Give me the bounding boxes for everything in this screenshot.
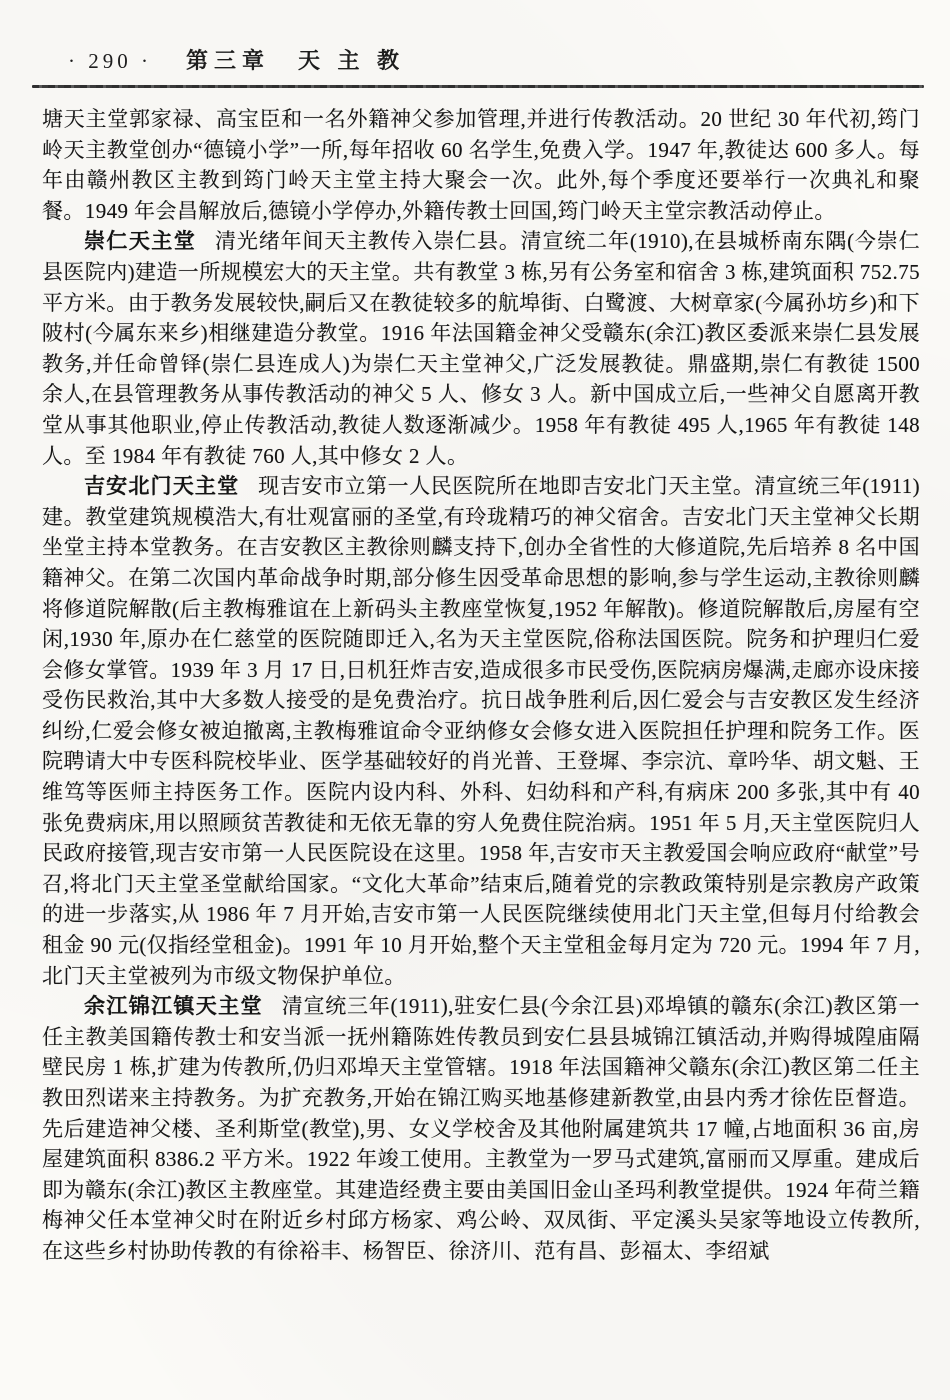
paragraph-lead: 余江锦江镇天主堂 (84, 994, 263, 1018)
page-header: · 290 · 第三章 天 主 教 (42, 44, 920, 75)
paragraph-lead: 崇仁天主堂 (84, 229, 196, 253)
paragraph-text: 清宣统三年(1911),驻安仁县(今余江县)邓埠镇的赣东(余江)教区第一任主教美… (42, 994, 920, 1263)
paragraph-yujiang-jinjiang-church: 余江锦江镇天主堂清宣统三年(1911),驻安仁县(今余江县)邓埠镇的赣东(余江)… (42, 991, 920, 1266)
page-number: · 290 · (68, 49, 152, 74)
paragraph-text: 现吉安市立第一人民医院所在地即吉安北门天主堂。清宣统三年(1911)建。教堂建筑… (42, 474, 920, 988)
paragraph-text: 塘天主堂郭家禄、高宝臣和一名外籍神父参加管理,并进行传教活动。20 世纪 30 … (42, 107, 920, 223)
paragraph-yunmenling-continuation: 塘天主堂郭家禄、高宝臣和一名外籍神父参加管理,并进行传教活动。20 世纪 30 … (42, 104, 920, 226)
paragraph-text: 清光绪年间天主教传入崇仁县。清宣统二年(1910),在县城桥南东隅(今崇仁县医院… (42, 229, 920, 467)
paragraph-jian-beimen-church: 吉安北门天主堂现吉安市立第一人民医院所在地即吉安北门天主堂。清宣统三年(1911… (42, 471, 920, 991)
paragraph-chongren-church: 崇仁天主堂清光绪年间天主教传入崇仁县。清宣统二年(1910),在县城桥南东隅(今… (42, 226, 920, 471)
paragraph-lead: 吉安北门天主堂 (84, 474, 239, 498)
chapter-title: 第三章 天 主 教 (186, 44, 405, 75)
page-body: 塘天主堂郭家禄、高宝臣和一名外籍神父参加管理,并进行传教活动。20 世纪 30 … (42, 104, 920, 1267)
header-rule (32, 85, 924, 88)
book-page: · 290 · 第三章 天 主 教 塘天主堂郭家禄、高宝臣和一名外籍神父参加管理… (0, 0, 950, 1400)
